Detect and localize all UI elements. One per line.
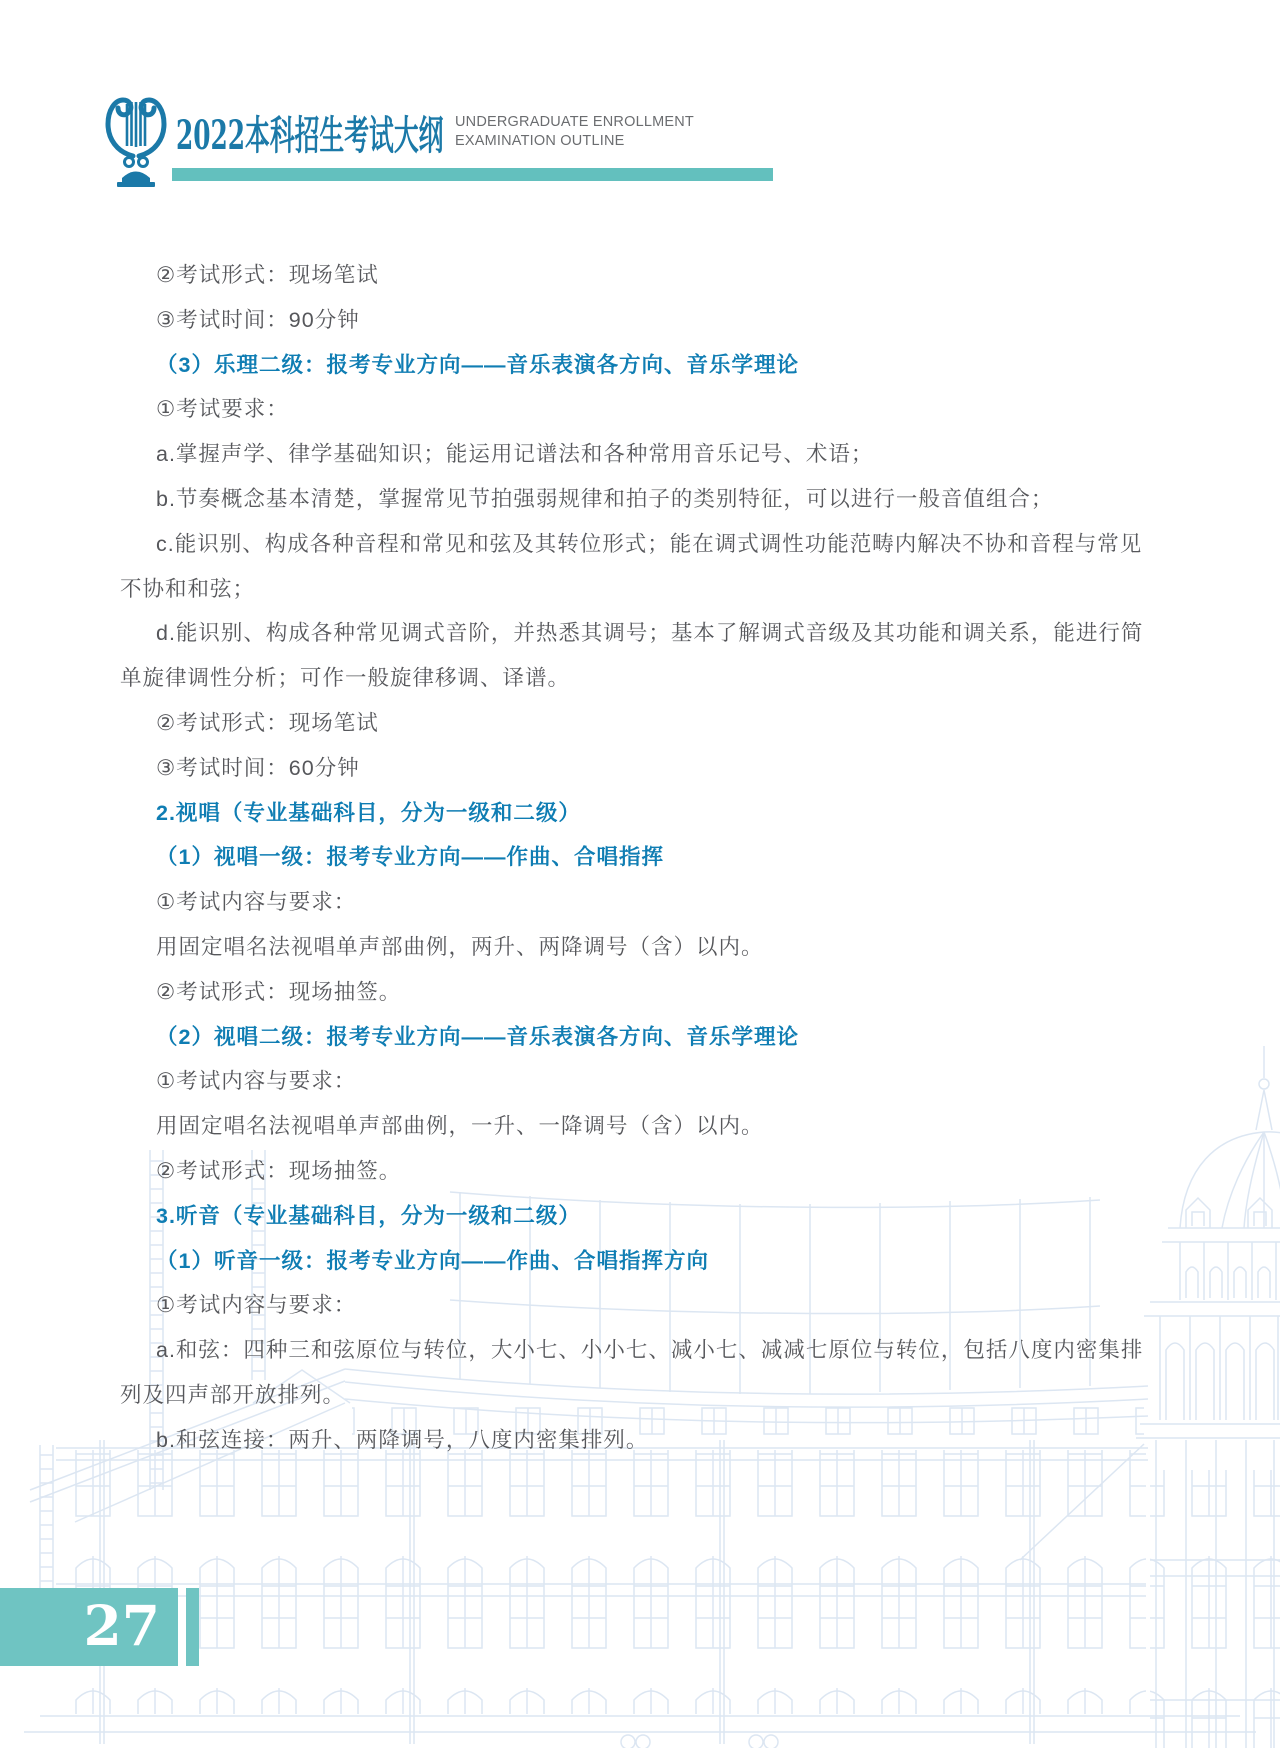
header-divider: [172, 168, 773, 181]
paragraph: a.和弦：四种三和弦原位与转位，大小七、小小七、减小七、减减七原位与转位，包括八…: [120, 1328, 1164, 1418]
page-number-badge: 27: [0, 1588, 178, 1666]
page-subtitle-line2: EXAMINATION OUTLINE: [455, 132, 694, 151]
paragraph: 用固定唱名法视唱单声部曲例，两升、两降调号（含）以内。: [120, 925, 1164, 970]
paragraph: c.能识别、构成各种音程和常见和弦及其转位形式；能在调式调性功能范畴内解决不协和…: [120, 522, 1164, 612]
paragraph: ②考试形式：现场笔试: [120, 253, 1164, 298]
document-page: 2022本科招生考试大纲 UNDERGRADUATE ENROLLMENT EX…: [0, 0, 1280, 1748]
paragraph: b.节奏概念基本清楚，掌握常见节拍强弱规律和拍子的类别特征，可以进行一般音值组合…: [120, 477, 1164, 522]
paragraph: ①考试内容与要求：: [120, 1059, 1164, 1104]
page-subtitle: UNDERGRADUATE ENROLLMENT EXAMINATION OUT…: [455, 113, 694, 150]
paragraph: ②考试形式：现场笔试: [120, 701, 1164, 746]
paragraph: b.和弦连接：两升、两降调号，八度内密集排列。: [120, 1418, 1164, 1463]
paragraph: 用固定唱名法视唱单声部曲例，一升、一降调号（含）以内。: [120, 1104, 1164, 1149]
section-heading: （1）视唱一级：报考专业方向——作曲、合唱指挥: [120, 835, 1164, 880]
paragraph: ③考试时间：60分钟: [120, 746, 1164, 791]
page-number-stripe: [186, 1588, 199, 1666]
lyre-logo-icon: [102, 92, 170, 190]
paragraph: ③考试时间：90分钟: [120, 298, 1164, 343]
section-heading: （3）乐理二级：报考专业方向——音乐表演各方向、音乐学理论: [120, 343, 1164, 388]
paragraph: ②考试形式：现场抽签。: [120, 1149, 1164, 1194]
paragraph: ①考试内容与要求：: [120, 1283, 1164, 1328]
section-heading: 3.听音（专业基础科目，分为一级和二级）: [120, 1194, 1164, 1239]
paragraph: a.掌握声学、律学基础知识；能运用记谱法和各种常用音乐记号、术语；: [120, 432, 1164, 477]
paragraph: ①考试要求：: [120, 387, 1164, 432]
paragraph: ①考试内容与要求：: [120, 880, 1164, 925]
section-heading: （1）听音一级：报考专业方向——作曲、合唱指挥方向: [120, 1239, 1164, 1284]
page-title: 2022本科招生考试大纲: [176, 114, 443, 158]
page-subtitle-line1: UNDERGRADUATE ENROLLMENT: [455, 113, 694, 132]
paragraph: ②考试形式：现场抽签。: [120, 970, 1164, 1015]
document-body: ②考试形式：现场笔试 ③考试时间：90分钟 （3）乐理二级：报考专业方向——音乐…: [120, 253, 1164, 1463]
section-heading: （2）视唱二级：报考专业方向——音乐表演各方向、音乐学理论: [120, 1015, 1164, 1060]
paragraph: d.能识别、构成各种常见调式音阶，并热悉其调号；基本了解调式音级及其功能和调关系…: [120, 611, 1164, 701]
section-heading: 2.视唱（专业基础科目，分为一级和二级）: [120, 791, 1164, 836]
